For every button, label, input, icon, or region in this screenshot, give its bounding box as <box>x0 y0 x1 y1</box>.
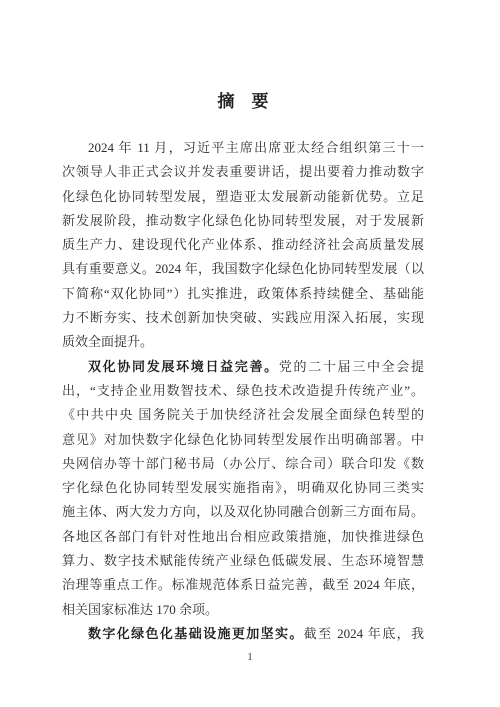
body-text-segment: 央网信办等十部门秘书局（办公厅、综合司）联合印发《数 <box>62 456 424 471</box>
paragraph-1-line: 质效全面提升。 <box>62 330 424 354</box>
paragraph-1-line: 新发展阶段，推动数字化绿色化协同转型发展，对于发展新 <box>62 209 424 233</box>
body-text-segment: 党的二十届三中全会提 <box>279 359 424 374</box>
body-text-segment: 字化绿色化协同转型发展实施指南》，明确双化协同三类实 <box>62 480 424 495</box>
paragraph-1-line: 下简称“双化协同”）扎实推进，政策体系持续健全、基础能 <box>62 282 424 306</box>
body-text-segment: 化绿色化协同转型发展，塑造亚太发展新动能新优势。立足 <box>62 189 424 204</box>
paragraph-1-line: 质生产力、建设现代化产业体系、推动经济社会高质量发展 <box>62 233 424 257</box>
body-text-segment: 《中共中央 国务院关于加快经济社会发展全面绿色转型的 <box>62 407 424 422</box>
paragraph-2-line: 《中共中央 国务院关于加快经济社会发展全面绿色转型的 <box>62 403 424 427</box>
body-text-segment: 出，“支持企业用数智技术、绿色技术改造提升传统产业”。 <box>62 383 424 398</box>
page-title: 摘 要 <box>62 92 424 112</box>
paragraph-1-line: 2024 年 11 月，习近平主席出席亚太经合组织第三十一 <box>62 136 424 160</box>
document-page: 摘 要 2024 年 11 月，习近平主席出席亚太经合组织第三十一次领导人非正式… <box>0 0 500 707</box>
paragraph-2-line: 出，“支持企业用数智技术、绿色技术改造提升传统产业”。 <box>62 379 424 403</box>
body-text-segment: 相关国家标准达 170 余项。 <box>62 602 218 617</box>
body-text-segment: 质效全面提升。 <box>62 334 153 349</box>
paragraph-2-line: 各地区各部门有针对性地出台相应政策措施，加快推进绿色 <box>62 525 424 549</box>
paragraph-2-line: 双化协同发展环境日益完善。党的二十届三中全会提 <box>62 355 424 379</box>
body-text-segment: 2024 年 11 月，习近平主席出席亚太经合组织第三十一 <box>88 140 424 155</box>
body-text-segment: 下简称“双化协同”）扎实推进，政策体系持续健全、基础能 <box>62 286 424 301</box>
paragraph-1-line: 具有重要意义。2024 年，我国数字化绿色化协同转型发展（以 <box>62 257 424 281</box>
body-text-segment: 算力、数字技术赋能传统产业绿色低碳发展、生态环境智慧 <box>62 553 424 568</box>
paragraph-1-line: 化绿色化协同转型发展，塑造亚太发展新动能新优势。立足 <box>62 185 424 209</box>
paragraph-2-line: 治理等重点工作。标准规范体系日益完善，截至 2024 年底， <box>62 573 424 597</box>
paragraph-2-line: 字化绿色化协同转型发展实施指南》，明确双化协同三类实 <box>62 476 424 500</box>
page-number: 1 <box>0 650 500 664</box>
body-text-segment: 各地区各部门有针对性地出台相应政策措施，加快推进绿色 <box>62 529 424 544</box>
body-text-segment: 意见》对加快数字化绿色化协同转型发展作出明确部署。中 <box>62 432 424 447</box>
paragraph-1-line: 次领导人非正式会议并发表重要讲话，提出要着力推动数字 <box>62 160 424 184</box>
body-text: 2024 年 11 月，习近平主席出席亚太经合组织第三十一次领导人非正式会议并发… <box>62 136 424 646</box>
body-text-segment: 质生产力、建设现代化产业体系、推动经济社会高质量发展 <box>62 237 424 252</box>
body-text-segment: 具有重要意义。2024 年，我国数字化绿色化协同转型发展（以 <box>62 261 424 276</box>
body-text-segment: 新发展阶段，推动数字化绿色化协同转型发展，对于发展新 <box>62 213 424 228</box>
body-text-segment: 截至 2024 年底，我 <box>304 626 424 641</box>
body-text-segment: 次领导人非正式会议并发表重要讲话，提出要着力推动数字 <box>62 164 424 179</box>
paragraph-2-line: 相关国家标准达 170 余项。 <box>62 598 424 622</box>
paragraph-2-line: 央网信办等十部门秘书局（办公厅、综合司）联合印发《数 <box>62 452 424 476</box>
paragraph-2-line: 算力、数字技术赋能传统产业绿色低碳发展、生态环境智慧 <box>62 549 424 573</box>
paragraph-2-line: 施主体、两大发力方向，以及双化协同融合创新三方面布局。 <box>62 500 424 524</box>
body-text-segment: 力不断夯实、技术创新加快突破、实践应用深入拓展，实现 <box>62 310 424 325</box>
paragraph-1-line: 力不断夯实、技术创新加快突破、实践应用深入拓展，实现 <box>62 306 424 330</box>
bold-lead-in-text: 数字化绿色化基础设施更加坚实。 <box>88 626 304 641</box>
paragraph-2-line: 意见》对加快数字化绿色化协同转型发展作出明确部署。中 <box>62 428 424 452</box>
bold-lead-in-text: 双化协同发展环境日益完善。 <box>88 359 279 374</box>
paragraph-3-line: 数字化绿色化基础设施更加坚实。截至 2024 年底，我 <box>62 622 424 646</box>
body-text-segment: 施主体、两大发力方向，以及双化协同融合创新三方面布局。 <box>62 504 424 519</box>
body-text-segment: 治理等重点工作。标准规范体系日益完善，截至 2024 年底， <box>62 577 424 592</box>
